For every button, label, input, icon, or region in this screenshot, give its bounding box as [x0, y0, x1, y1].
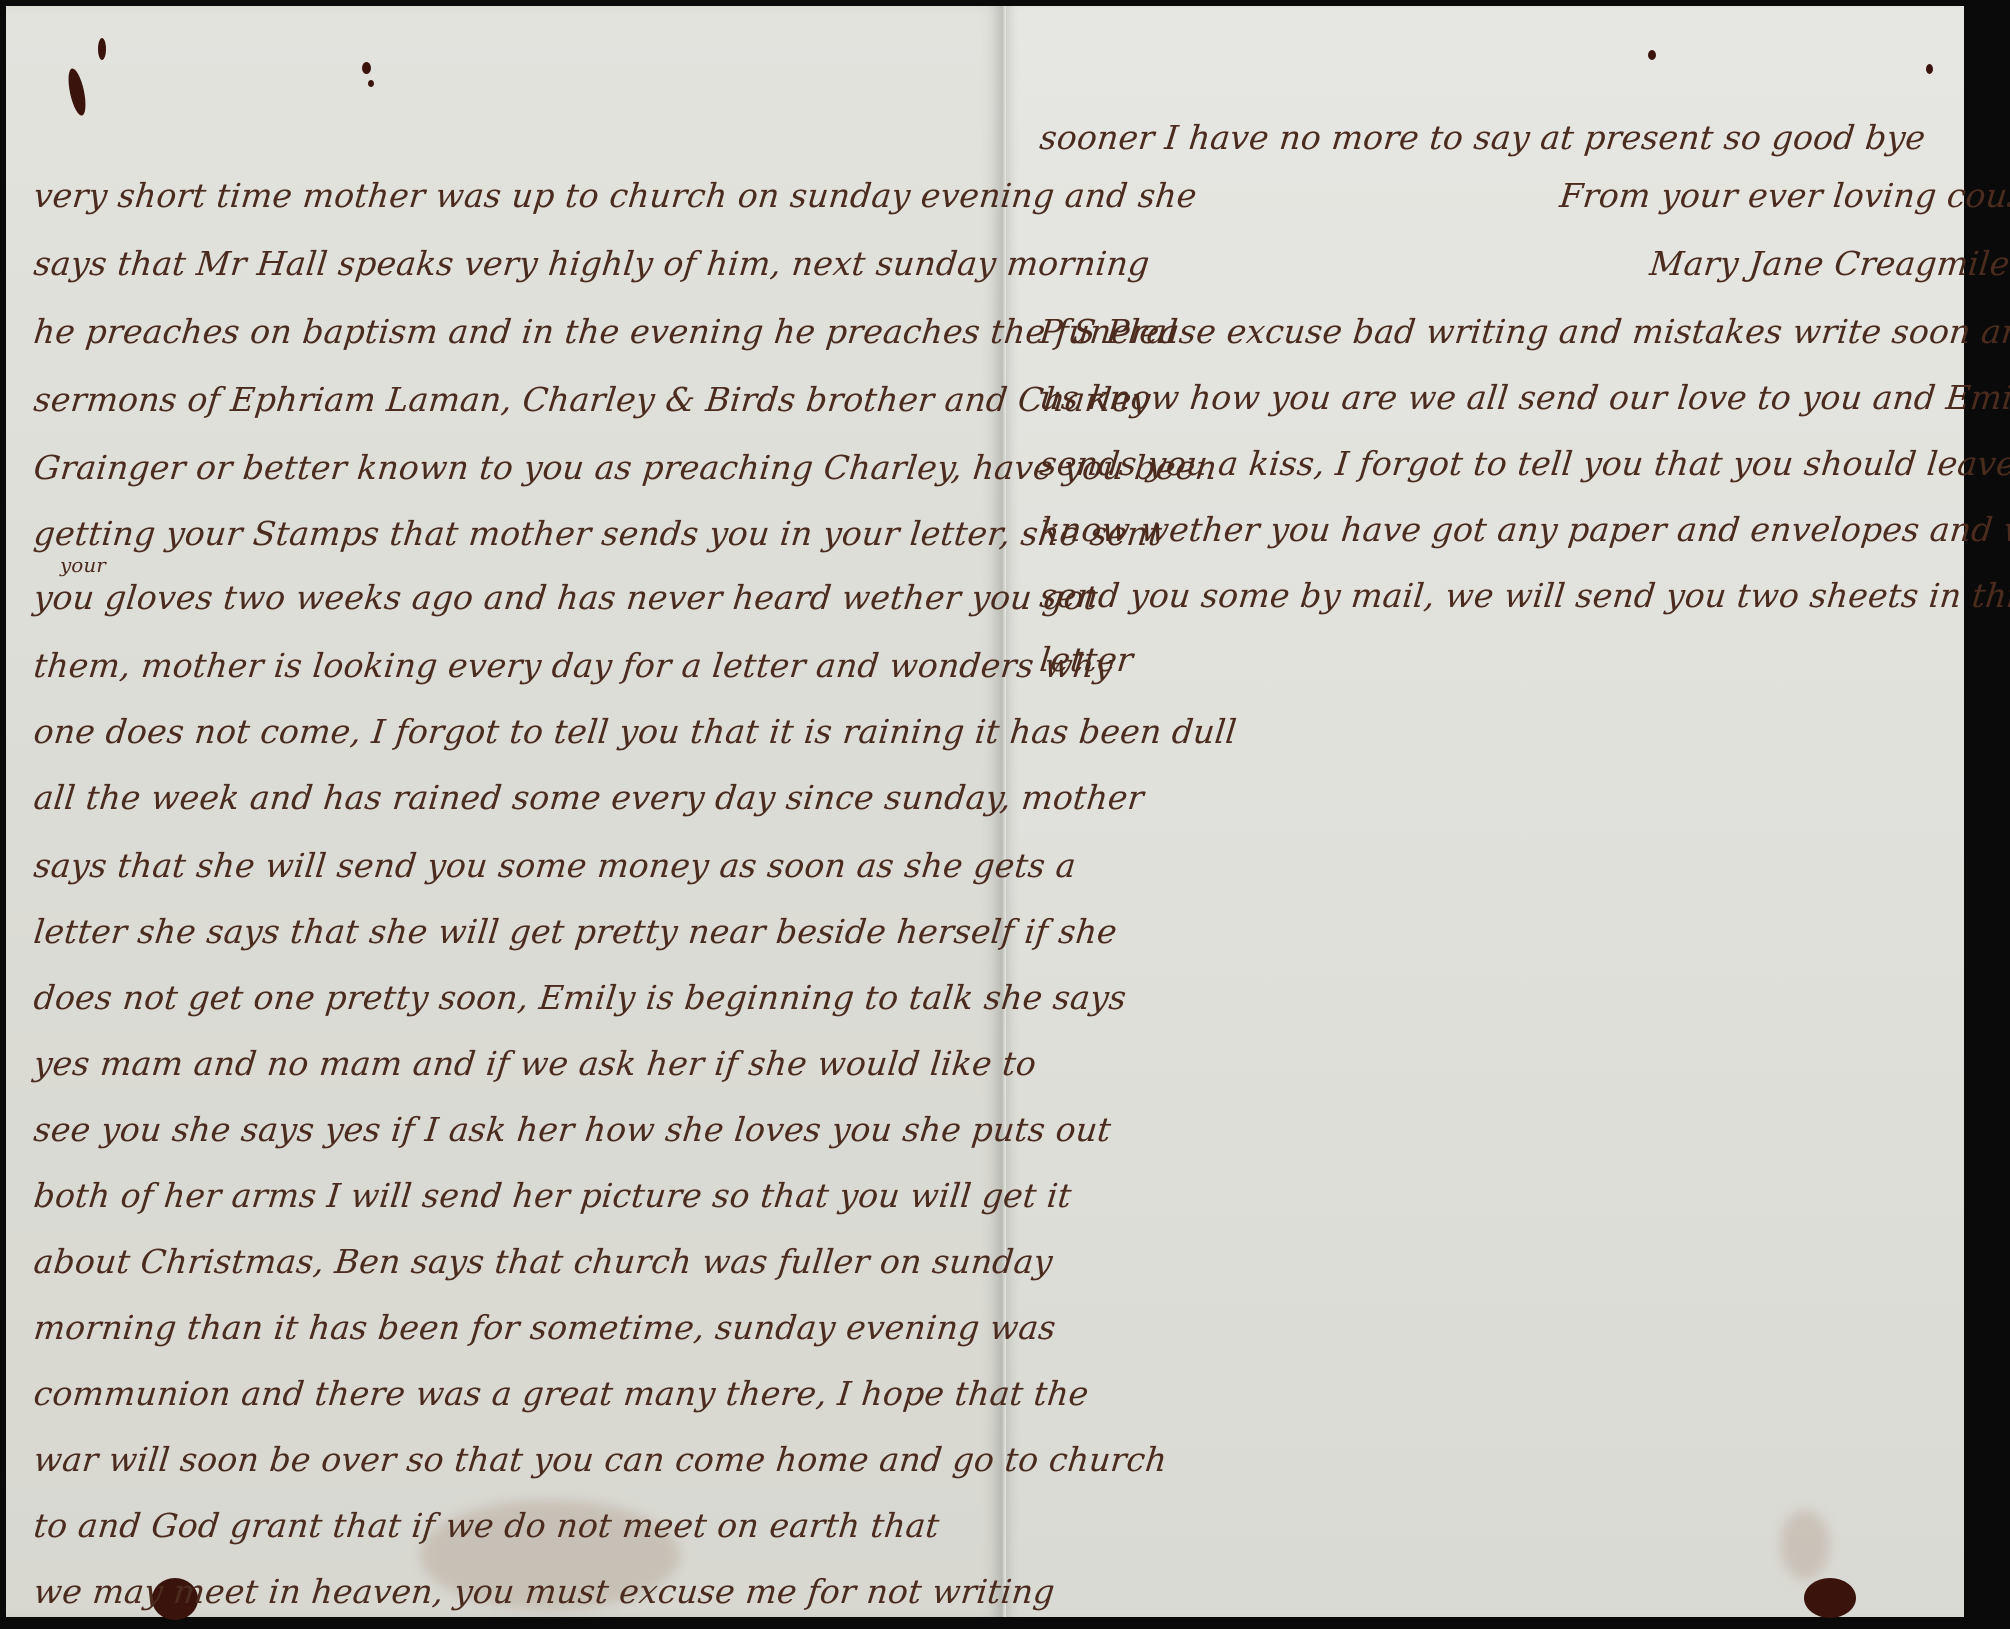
text-line: one does not come, I forgot to tell you …	[32, 712, 1239, 751]
text-line: he preaches on baptism and in the evenin…	[32, 312, 1180, 351]
text-line: see you she says yes if I ask her how sh…	[32, 1110, 1113, 1149]
postscript-line: letter	[1038, 640, 1135, 679]
text-line: sooner I have no more to say at present …	[1038, 118, 1927, 157]
ink-blot	[1804, 1578, 1856, 1618]
postscript-line: send you some by mail, we will send you …	[1038, 576, 2010, 615]
text-line: very short time mother was up to church …	[32, 176, 1199, 215]
text-line: sermons of Ephriam Laman, Charley & Bird…	[32, 380, 1152, 419]
text-line: says that she will send you some money a…	[32, 846, 1078, 885]
text-line: communion and there was a great many the…	[32, 1374, 1091, 1413]
text-line: war will soon be over so that you can co…	[32, 1440, 1169, 1479]
text-line: to and God grant that if we do not meet …	[32, 1506, 941, 1545]
closing-line: From your ever loving cousin	[1558, 176, 2010, 215]
text-line: both of her arms I will send her picture…	[32, 1176, 1074, 1215]
postscript-line: know wether you have got any paper and e…	[1038, 510, 2010, 549]
text-line: says that Mr Hall speaks very highly of …	[32, 244, 1152, 283]
text-line: morning than it has been for sometime, s…	[32, 1308, 1058, 1347]
text-line: about Christmas, Ben says that church wa…	[32, 1242, 1055, 1281]
text-line: does not get one pretty soon, Emily is b…	[32, 978, 1128, 1017]
ink-blot	[368, 80, 374, 87]
text-line: getting your Stamps that mother sends yo…	[32, 514, 1164, 553]
postscript-line: P S Please excuse bad writing and mistak…	[1038, 312, 2010, 351]
text-line: them, mother is looking every day for a …	[32, 646, 1115, 685]
ink-blot	[362, 62, 371, 74]
text-line: letter she says that she will get pretty…	[32, 912, 1119, 951]
ink-blot	[1926, 64, 1933, 74]
text-line: we may meet in heaven, you must excuse m…	[32, 1572, 1057, 1611]
text-line: you gloves two weeks ago and has never h…	[32, 578, 1100, 617]
text-line: all the week and has rained some every d…	[32, 778, 1146, 817]
text-line: yes mam and no mam and if we ask her if …	[32, 1044, 1038, 1083]
postscript-line: us know how you are we all send our love…	[1038, 378, 2010, 417]
water-stain	[1780, 1510, 1830, 1580]
ink-blot	[1648, 50, 1656, 60]
inserted-word: your	[60, 553, 106, 577]
ink-blot	[98, 38, 106, 60]
signature: Mary Jane Creagmile	[1648, 244, 2010, 283]
postscript-line: sends you a kiss, I forgot to tell you t…	[1038, 444, 2010, 483]
